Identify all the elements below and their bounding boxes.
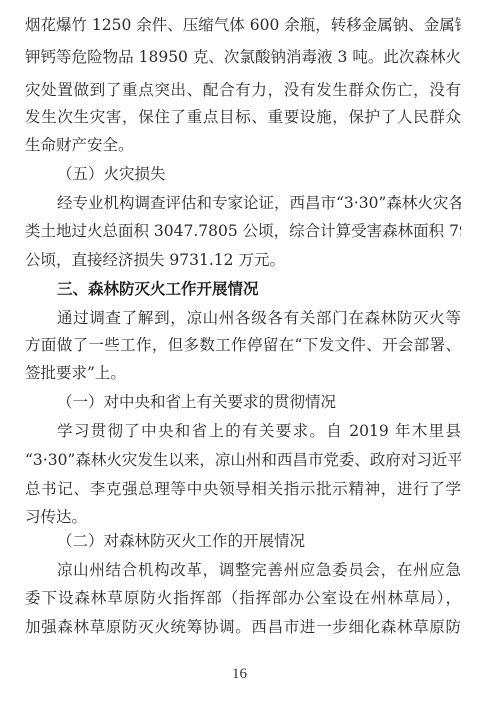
section-heading-forest-fire-work: 三、森林防灭火工作开展情况 [57,277,259,301]
paragraph-line: 签批要求”上。 [25,361,461,385]
paragraph-line: 委下设森林草原防火指挥部（指挥部办公室设在州林草局）， [25,586,461,610]
paragraph-line: 发生次生灾害，保住了重点目标、重要设施，保护了人民群众 [25,105,461,129]
paragraph-line: 公顷，直接经济损失 9731.12 万元。 [25,248,461,272]
paragraph-line: 烟花爆竹 1250 余件、压缩气体 600 余瓶，转移金属钠、金属钾、 [25,13,461,37]
paragraph-line: 生命财产安全。 [25,133,461,157]
paragraph-line: 凉山州结合机构改革，调整完善州应急委员会，在州应急 [57,558,461,582]
paragraph-line: 类土地过火总面积 3047.7805 公顷，综合计算受害森林面积 791.6 [25,219,461,243]
document-page: 烟花爆竹 1250 余件、压缩气体 600 余瓶，转移金属钠、金属钾、 钾钙等危… [0,0,479,705]
paragraph-line: 钾钙等危险物品 18950 克、次氯酸钠消毒液 3 吨。此次森林火 [25,45,461,69]
paragraph-line: 方面做了一些工作，但多数工作停留在“下发文件、开会部署、 [25,333,461,357]
paragraph-line: 习传达。 [25,505,461,529]
page-number: 16 [0,666,479,683]
section-heading-fire-prevention-work: （二）对森林防灭火工作的开展情况 [57,529,305,553]
paragraph-line: 经专业机构调查评估和专家论证，西昌市“3·30”森林火灾各 [57,191,461,215]
paragraph-line: 总书记、李克强总理等中央领导相关指示批示精神，进行了学 [25,477,461,501]
section-heading-central-requirements: （一）对中央和省上有关要求的贯彻情况 [57,390,336,414]
paragraph-line: 学习贯彻了中央和省上的有关要求。自 2019 年木里县 [57,419,461,443]
paragraph-line: 加强森林草原防灭火统筹协调。西昌市进一步细化森林草原防 [25,615,461,639]
paragraph-line: 灾处置做到了重点突出、配合有力，没有发生群众伤亡，没有 [25,78,461,102]
paragraph-line: “3·30”森林火灾发生以来，凉山州和西昌市党委、政府对习近平 [25,448,461,472]
section-heading-fire-loss: （五）火灾损失 [57,162,166,186]
paragraph-line: 通过调查了解到，凉山州各级各有关部门在森林防灭火等 [57,306,461,330]
